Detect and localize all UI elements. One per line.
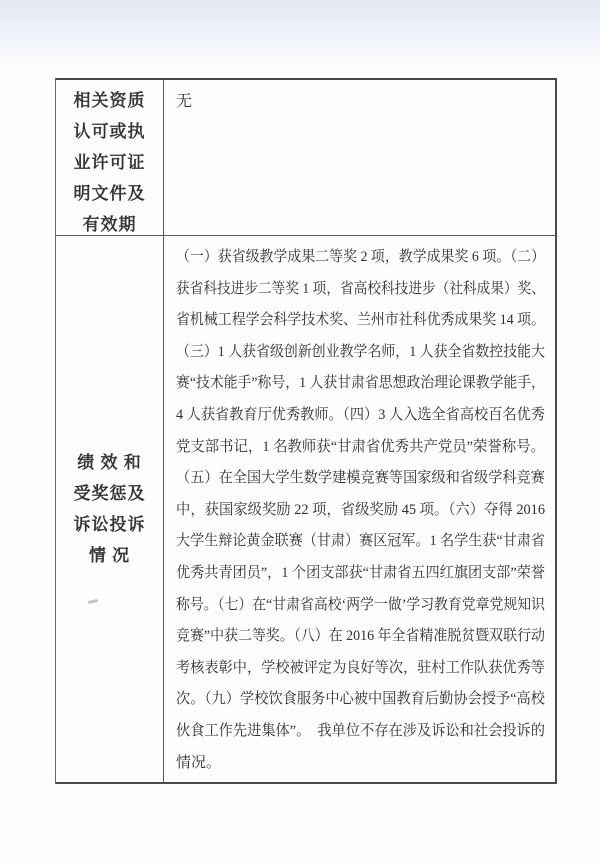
content-text: 4 人获省教育厅优秀教师。（四）3 人入选全省高校百名优秀: [176, 400, 545, 432]
content-text: 获省科技进步二等奖 1 项，省高校科技进步（社科成果）奖、: [176, 274, 545, 306]
label-line: 明文件及: [56, 178, 163, 209]
label-line: 诉讼投诉: [56, 509, 163, 540]
content-text: 伙食工作先进集体”。 我单位不存在涉及诉讼和社会投诉的: [176, 716, 545, 748]
content-line: 党支部书记，1 名教师获“甘肃省优秀共产党员”荣誉称号。: [176, 432, 545, 464]
scanned-page: 相关资质 认可或执 业许可证 明文件及 有效期 无 绩 效 和 受奖惩及 诉讼投…: [0, 0, 600, 860]
content-text: （五）在全国大学生数学建模竞赛等国家级和省级学科竞赛: [176, 463, 545, 495]
content-text: 竞赛”中获二等奖。（八）在 2016 年全省精准脱贫暨双联行动: [176, 621, 545, 653]
content-text: （一）获省级教学成果二等奖 2 项，教学成果奖 6 项。（二）: [176, 242, 545, 274]
table-row-qualifications: 相关资质 认可或执 业许可证 明文件及 有效期 无: [56, 80, 555, 236]
content-line: （一）获省级教学成果二等奖 2 项，教学成果奖 6 项。（二）: [176, 242, 545, 274]
content-line: 伙食工作先进集体”。 我单位不存在涉及诉讼和社会投诉的: [176, 716, 545, 748]
content-line: 考核表彰中，学校被评定为良好等次，驻村工作队获优秀等: [176, 653, 545, 685]
content-text: （三）1 人获省级创新创业教学名师，1 人获全省数控技能大: [176, 337, 545, 369]
content-text: 赛“技术能手”称号，1 人获甘肃省思想政治理论课教学能手，: [176, 368, 545, 400]
content-text: 称号。（七）在“甘肃省高校‘两学一做’学习教育党章党规知识: [176, 590, 545, 622]
label-line: 认可或执: [56, 116, 163, 147]
content-text: 大学生辩论黄金联赛（甘肃）赛区冠军。1 名学生获“甘肃省: [176, 526, 545, 558]
content-text: 考核表彰中，学校被评定为良好等次，驻村工作队获优秀等: [176, 653, 545, 685]
content-text: 次。（九）学校饮食服务中心被中国教育后勤协会授予“高校: [176, 684, 545, 716]
content-line: 情况。: [176, 748, 545, 780]
content-text: 无: [176, 86, 192, 118]
label-line: 绩 效 和: [56, 447, 163, 478]
content-line: 省机械工程学会科学技术奖、兰州市社科优秀成果奖 14 项。: [176, 305, 545, 337]
content-line: 中，获国家级奖励 22 项，省级奖励 45 项。（六）夺得 2016: [176, 495, 545, 527]
label-line: 受奖惩及: [56, 478, 163, 509]
row-content-cell-qualifications: 无: [164, 80, 555, 235]
content-text: 党支部书记，1 名教师获“甘肃省优秀共产党员”荣誉称号。: [176, 432, 545, 464]
content-line: 无: [176, 86, 545, 118]
row-content-cell-performance: （一）获省级教学成果二等奖 2 项，教学成果奖 6 项。（二） 获省科技进步二等…: [164, 236, 555, 782]
scan-gradient: [0, 0, 600, 72]
content-line: 竞赛”中获二等奖。（八）在 2016 年全省精准脱贫暨双联行动: [176, 621, 545, 653]
content-line: 次。（九）学校饮食服务中心被中国教育后勤协会授予“高校: [176, 684, 545, 716]
content-text: 情况。: [176, 748, 221, 780]
content-line: 赛“技术能手”称号，1 人获甘肃省思想政治理论课教学能手，: [176, 368, 545, 400]
content-line: （三）1 人获省级创新创业教学名师，1 人获全省数控技能大: [176, 337, 545, 369]
content-line: 优秀共青团员”，1 个团支部获“甘肃省五四红旗团支部”荣誉: [176, 558, 545, 590]
content-text: 中，获国家级奖励 22 项，省级奖励 45 项。（六）夺得 2016: [176, 495, 545, 527]
label-line: 情 况: [56, 540, 163, 571]
row-label-cell-qualifications: 相关资质 认可或执 业许可证 明文件及 有效期: [56, 80, 164, 235]
content-text: 省机械工程学会科学技术奖、兰州市社科优秀成果奖 14 项。: [176, 305, 545, 337]
content-line: 4 人获省教育厅优秀教师。（四）3 人入选全省高校百名优秀: [176, 400, 545, 432]
row-label-cell-performance: 绩 效 和 受奖惩及 诉讼投诉 情 况: [56, 236, 164, 782]
label-line: 相关资质: [56, 85, 163, 116]
label-line: 业许可证: [56, 147, 163, 178]
table-row-performance: 绩 效 和 受奖惩及 诉讼投诉 情 况 （一）获省级教学成果二等奖 2 项，教学…: [56, 236, 555, 782]
content-line: 称号。（七）在“甘肃省高校‘两学一做’学习教育党章党规知识: [176, 590, 545, 622]
content-line: 大学生辩论黄金联赛（甘肃）赛区冠军。1 名学生获“甘肃省: [176, 526, 545, 558]
info-table: 相关资质 认可或执 业许可证 明文件及 有效期 无 绩 效 和 受奖惩及 诉讼投…: [55, 78, 557, 784]
content-text: 优秀共青团员”，1 个团支部获“甘肃省五四红旗团支部”荣誉: [176, 558, 545, 590]
content-line: 获省科技进步二等奖 1 项，省高校科技进步（社科成果）奖、: [176, 274, 545, 306]
content-line: （五）在全国大学生数学建模竞赛等国家级和省级学科竞赛: [176, 463, 545, 495]
